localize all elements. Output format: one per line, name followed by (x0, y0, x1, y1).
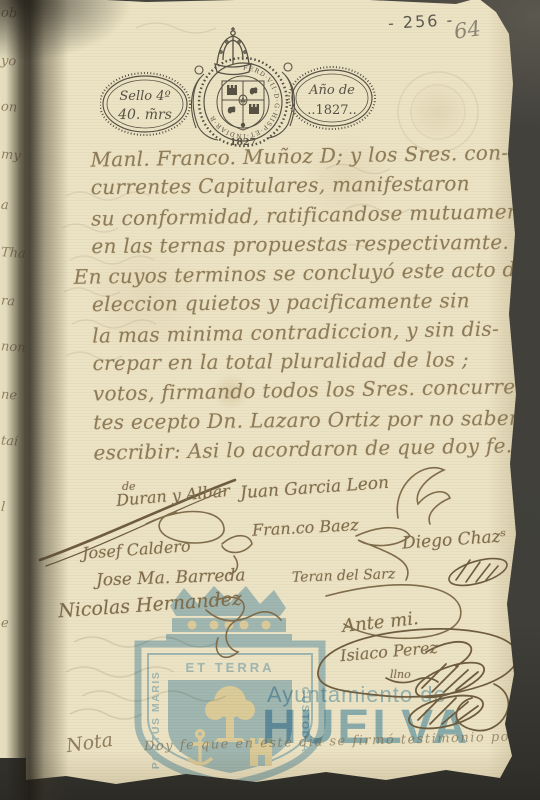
margin-fragment: l (0, 500, 5, 515)
folio-number: 64 (452, 16, 482, 43)
margin-fragment: ne (0, 387, 17, 403)
previous-page-edge: ob yo on my a Tha ra non ne tai l e (0, 0, 30, 758)
margin-fragment: ob (0, 5, 17, 21)
document-page: - 256 - 64 (26, 0, 522, 786)
stamp-left-oval: Sello 4º 40. m̃rs (100, 73, 190, 135)
margin-fragment: ra (0, 294, 15, 310)
stamp-right-line1: Año de (308, 83, 355, 98)
stamp-right-oval: Año de ..1827.. (289, 67, 375, 129)
stamp-left-line1: Sello 4º (119, 89, 170, 104)
margin-fragment: non (1, 339, 27, 356)
stamp-right-line2: ..1827.. (307, 103, 357, 118)
signature-escribano-abbrev: llno (390, 668, 411, 681)
rubric-chaz (446, 553, 510, 591)
tax-stamp: FERD·VII·D·G·HISP·ET·INDIAR·R 1827 Sello… (100, 26, 400, 153)
margin-fragment: a (0, 198, 9, 214)
rubric-garcia (397, 468, 450, 524)
margin-fragment: tai (0, 433, 18, 449)
scanned-document-scene: ob yo on my a Tha ra non ne tai l e (0, 0, 540, 800)
manuscript-text: Manl. Franco. Muñoz D; y los Sres. con- … (90, 142, 509, 469)
stamp-left-line2: 40. m̃rs (117, 107, 172, 123)
margin-fragment: my (1, 147, 22, 163)
margin-fragment: e (0, 616, 9, 632)
margin-fragment: Tha (1, 245, 27, 262)
margin-fragment: on (0, 99, 17, 115)
margin-fragment: yo (0, 53, 16, 69)
